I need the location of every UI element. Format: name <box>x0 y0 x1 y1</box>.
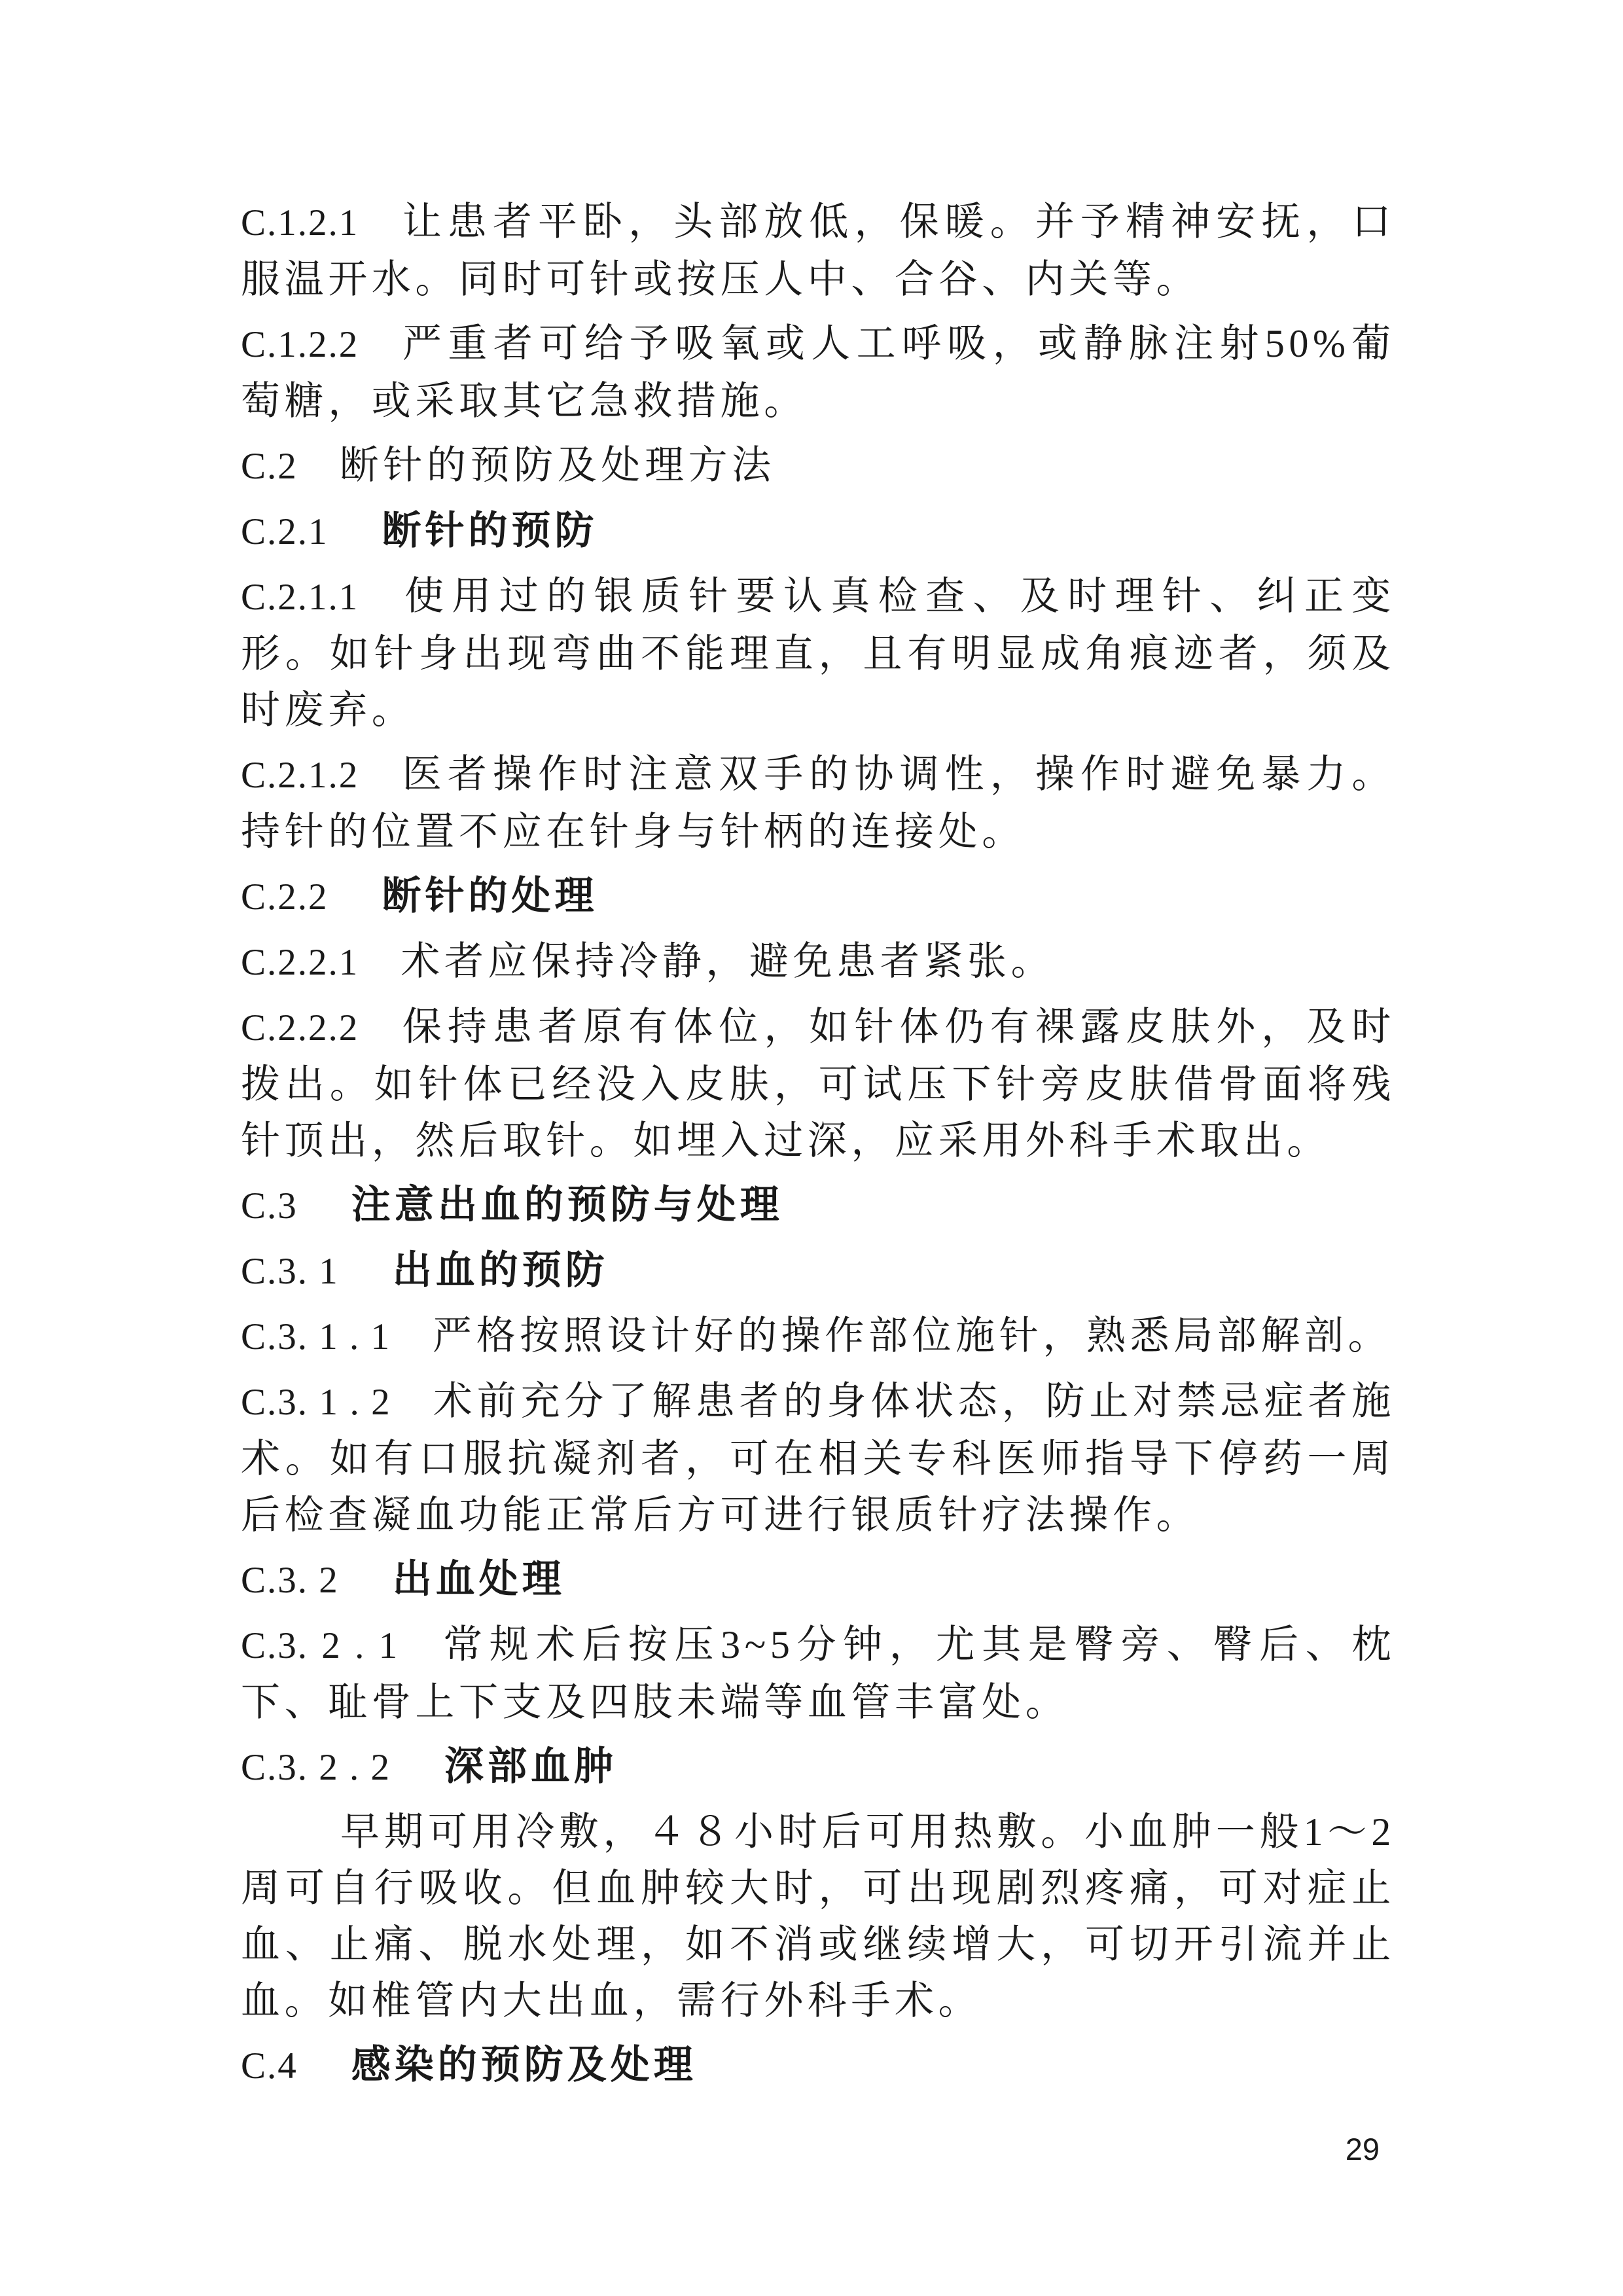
section-number: C.3. 2 <box>241 1560 393 1601</box>
paragraph: C.1.2.1让患者平卧，头部放低，保暖。并予精神安抚，口服温开水。同时可针或按… <box>241 194 1395 308</box>
paragraph: C.2.1.1使用过的银质针要认真检查、及时理针、纠正变形。如针身出现弯曲不能理… <box>241 568 1395 738</box>
paragraph-text: 术者应保持冷静，避免患者紧张。 <box>401 940 1054 983</box>
section-heading: C.2.2断针的处理 <box>241 868 1395 925</box>
paragraph-text: 让患者平卧，头部放低，保暖。并予精神安抚，口服温开水。同时可针或按压人中、合谷、… <box>241 200 1395 301</box>
paragraph-text: 保持患者原有体位，如针体仍有裸露皮肤外，及时拨出。如针体已经没入皮肤，可试压下针… <box>241 1005 1395 1162</box>
section-title: 深部血肿 <box>444 1744 617 1788</box>
section-title: 感染的预防及处理 <box>351 2043 697 2087</box>
section-heading: C.3注意出血的预防与处理 <box>241 1177 1395 1234</box>
section-number: C.2.2.2 <box>241 1007 401 1049</box>
section-heading: C.3. 1出血的预防 <box>241 1242 1395 1300</box>
section-number: C.3. 1 <box>241 1251 393 1292</box>
section-title: 断针的处理 <box>382 874 598 918</box>
page-number: 29 <box>241 2131 1380 2167</box>
section-title: 出血处理 <box>393 1557 565 1601</box>
paragraph: 早期可用冷敷，４８小时后可用热敷。小血肿一般1～2周可自行吸收。但血肿较大时，可… <box>241 1804 1395 2029</box>
document-page: C.1.2.1让患者平卧，头部放低，保暖。并予精神安抚，口服温开水。同时可针或按… <box>0 0 1623 2296</box>
section-number: C.3. 1 . 1 <box>241 1316 433 1357</box>
paragraph: C.2断针的预防及处理方法 <box>241 437 1395 495</box>
section-number: C.3 <box>241 1185 351 1227</box>
section-title: 出血的预防 <box>393 1248 609 1292</box>
paragraph-text: 断针的预防及处理方法 <box>340 444 776 487</box>
paragraph: C.2.2.2保持患者原有体位，如针体仍有裸露皮肤外，及时拨出。如针体已经没入皮… <box>241 999 1395 1169</box>
section-number: C.3. 2 . 2 <box>241 1747 444 1788</box>
section-heading: C.3. 2出血处理 <box>241 1551 1395 1609</box>
section-number: C.4 <box>241 2045 351 2087</box>
section-heading: C.4感染的预防及处理 <box>241 2037 1395 2094</box>
section-number: C.3. 1 . 2 <box>241 1382 433 1423</box>
paragraph-text: 早期可用冷敷，４８小时后可用热敷。小血肿一般1～2周可自行吸收。但血肿较大时，可… <box>241 1810 1395 2022</box>
section-number: C.3. 2 . 1 <box>241 1625 440 1666</box>
paragraph-text: 严格按照设计好的操作部位施针，熟悉局部解剖。 <box>433 1314 1391 1357</box>
section-heading: C.3. 2 . 2深部血肿 <box>241 1738 1395 1796</box>
paragraph-text: 严重者可给予吸氧或人工呼吸，或静脉注射50%葡萄糖，或采取其它急救措施。 <box>241 322 1395 423</box>
section-heading: C.2.1断针的预防 <box>241 503 1395 560</box>
section-number: C.2.2 <box>241 876 382 918</box>
paragraph-text: 使用过的银质针要认真检查、及时理针、纠正变形。如针身出现弯曲不能理直，且有明显成… <box>241 575 1395 732</box>
paragraph: C.3. 1 . 2术前充分了解患者的身体状态，防止对禁忌症者施术。如有口服抗凝… <box>241 1373 1395 1543</box>
paragraph: C.1.2.2严重者可给予吸氧或人工呼吸，或静脉注射50%葡萄糖，或采取其它急救… <box>241 315 1395 429</box>
paragraph: C.2.1.2医者操作时注意双手的协调性，操作时避免暴力。持针的位置不应在针身与… <box>241 746 1395 860</box>
section-number: C.2.2.1 <box>241 942 401 983</box>
document-content: C.1.2.1让患者平卧，头部放低，保暖。并予精神安抚，口服温开水。同时可针或按… <box>241 194 1395 2094</box>
section-number: C.2.1 <box>241 511 382 552</box>
paragraph: C.3. 1 . 1严格按照设计好的操作部位施针，熟悉局部解剖。 <box>241 1308 1395 1365</box>
paragraph-text: 医者操作时注意双手的协调性，操作时避免暴力。持针的位置不应在针身与针柄的连接处。 <box>241 753 1395 853</box>
section-number: C.1.2.2 <box>241 324 401 365</box>
section-number: C.1.2.1 <box>241 202 401 243</box>
section-number: C.2 <box>241 446 340 487</box>
section-title: 注意出血的预防与处理 <box>351 1183 783 1227</box>
section-number: C.2.1.2 <box>241 755 401 796</box>
section-number: C.2.1.1 <box>241 577 401 618</box>
paragraph: C.3. 2 . 1常规术后按压3~5分钟，尤其是臀旁、臀后、枕下、耻骨上下支及… <box>241 1617 1395 1731</box>
section-title: 断针的预防 <box>382 509 598 552</box>
paragraph: C.2.2.1术者应保持冷静，避免患者紧张。 <box>241 933 1395 991</box>
